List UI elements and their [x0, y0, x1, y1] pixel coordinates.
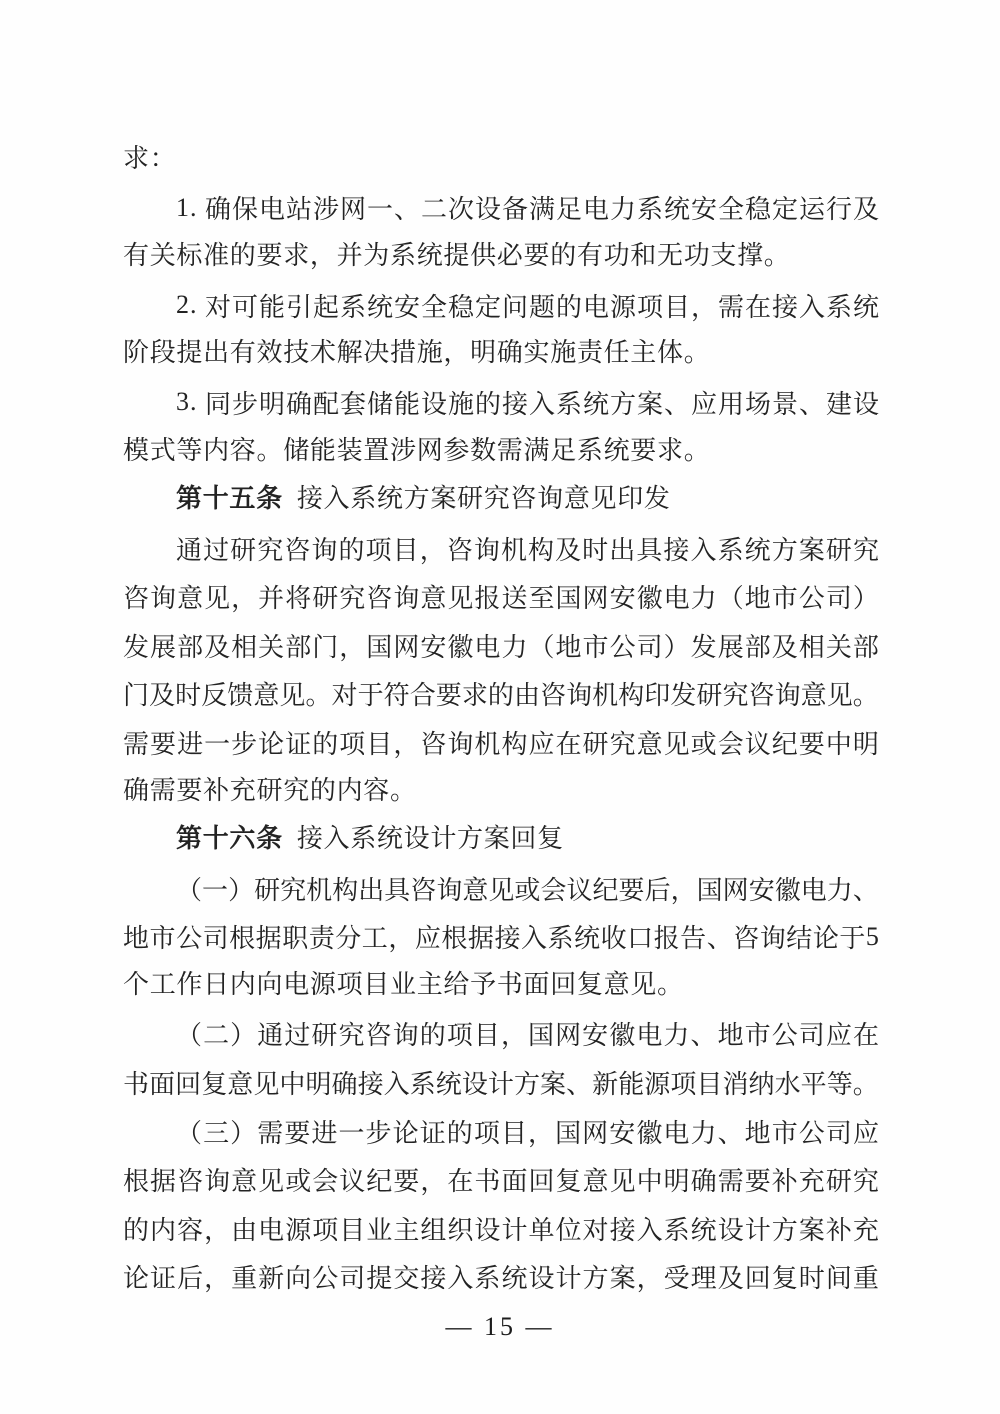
text-line: 地市公司根据职责分工，应根据接入系统收口报告、咨询结论于5	[123, 913, 879, 962]
text-line: 书面回复意见中明确接入系统设计方案、新能源项目消纳水平等。	[123, 1058, 879, 1107]
text-line: 咨询意见，并将研究咨询意见报送至国网安徽电力（地市公司）	[123, 572, 879, 621]
text-line: 确需要补充研究的内容。	[123, 767, 879, 816]
page-number: — 15 —	[446, 1312, 555, 1341]
text-line: （二）通过研究咨询的项目，国网安徽电力、地市公司应在	[123, 1010, 879, 1059]
text-line: 求：	[123, 135, 879, 184]
article-number: 第十六条	[176, 824, 283, 853]
text-line: 1. 确保电站涉网一、二次设备满足电力系统安全稳定运行及	[123, 184, 879, 233]
article-number: 第十五条	[176, 484, 283, 513]
text-line: 论证后，重新向公司提交接入系统设计方案，受理及回复时间重	[123, 1253, 879, 1302]
article-heading-line: 第十六条接入系统设计方案回复	[123, 815, 879, 864]
text-line: 个工作日内向电源项目业主给予书面回复意见。	[123, 961, 879, 1010]
text-line: 模式等内容。储能装置涉网参数需满足系统要求。	[123, 427, 879, 476]
text-line: 3. 同步明确配套储能设施的接入系统方案、应用场景、建设	[123, 378, 879, 427]
article-heading-line: 第十五条接入系统方案研究咨询意见印发	[123, 475, 879, 524]
text-line: （三）需要进一步论证的项目，国网安徽电力、地市公司应	[123, 1107, 879, 1156]
text-line: 阶段提出有效技术解决措施，明确实施责任主体。	[123, 329, 879, 378]
text-line: 的内容，由电源项目业主组织设计单位对接入系统设计方案补充	[123, 1204, 879, 1253]
text-line: 2. 对可能引起系统安全稳定问题的电源项目，需在接入系统	[123, 281, 879, 330]
text-line: （一）研究机构出具咨询意见或会议纪要后，国网安徽电力、	[123, 864, 879, 913]
page-footer: — 15 —	[0, 1303, 1000, 1351]
text-line: 根据咨询意见或会议纪要，在书面回复意见中明确需要补充研究	[123, 1155, 879, 1204]
text-line: 发展部及相关部门，国网安徽电力（地市公司）发展部及相关部	[123, 621, 879, 670]
text-line: 门及时反馈意见。对于符合要求的由咨询机构印发研究咨询意见。	[123, 670, 879, 719]
document-page: 求：1. 确保电站涉网一、二次设备满足电力系统安全稳定运行及有关标准的要求，并为…	[0, 0, 1000, 1414]
text-line: 需要进一步论证的项目，咨询机构应在研究意见或会议纪要中明	[123, 718, 879, 767]
text-line: 通过研究咨询的项目，咨询机构及时出具接入系统方案研究	[123, 524, 879, 573]
article-title: 接入系统方案研究咨询意见印发	[297, 484, 671, 513]
article-title: 接入系统设计方案回复	[297, 824, 564, 853]
document-body: 求：1. 确保电站涉网一、二次设备满足电力系统安全稳定运行及有关标准的要求，并为…	[123, 135, 879, 1301]
text-line: 有关标准的要求，并为系统提供必要的有功和无功支撑。	[123, 232, 879, 281]
